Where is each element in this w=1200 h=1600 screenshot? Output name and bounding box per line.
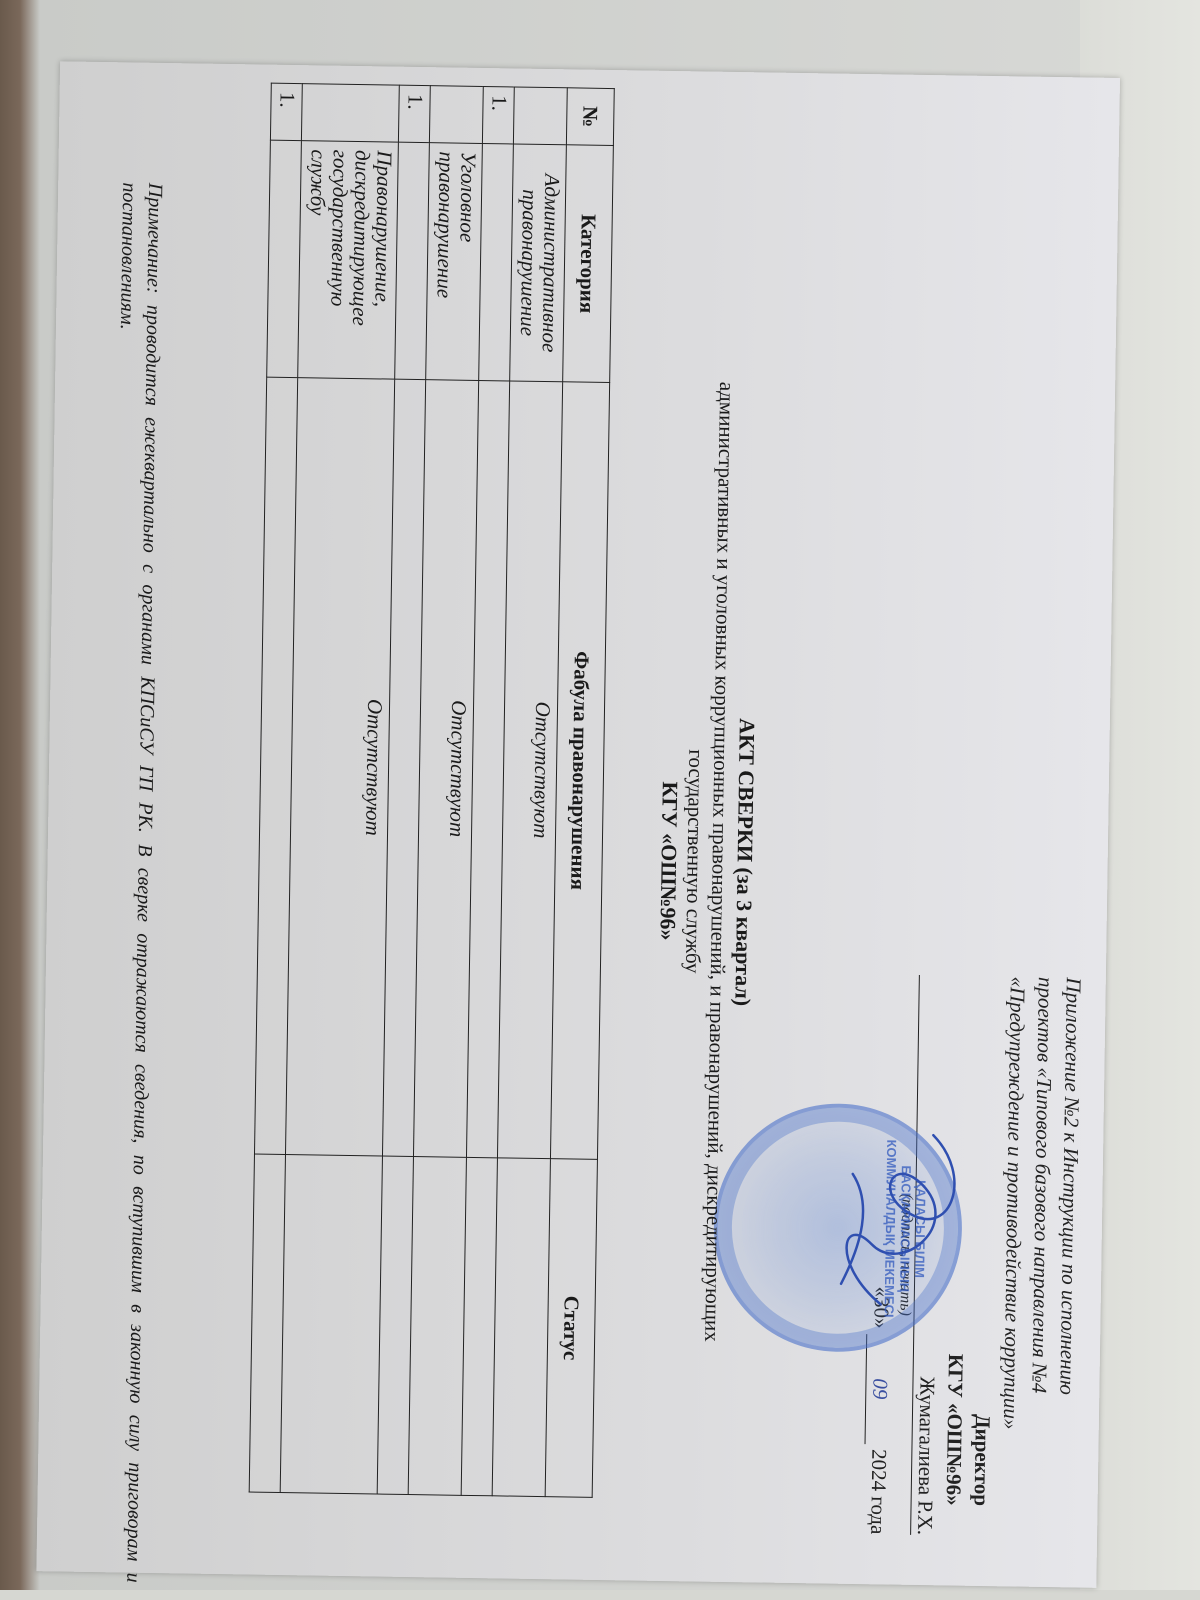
column-header-status: Статус — [545, 1159, 597, 1498]
row-number-cell: 1. — [270, 83, 302, 140]
status-cell — [492, 1158, 550, 1497]
table-cell — [461, 1157, 497, 1495]
approval-block: Приложение №2 к Инструкции по исполнению… — [863, 974, 1088, 1537]
date-month: 09 — [865, 1334, 896, 1444]
date-day: «30» — [867, 1286, 896, 1328]
table-cell — [301, 84, 399, 143]
column-header-category: Категория — [563, 145, 614, 383]
table-cell — [249, 1154, 285, 1492]
status-cell — [280, 1155, 382, 1494]
category-cell: Правонарушение, дискредитирующее государ… — [298, 141, 399, 379]
table-cell — [267, 140, 302, 377]
table-cell — [513, 87, 567, 145]
table-cell — [429, 86, 483, 144]
status-cell — [408, 1157, 466, 1496]
category-cell: Административное правонарушение — [510, 144, 567, 382]
document-header: АКТ СВЕРКИ (за 3 квартал) административн… — [644, 151, 768, 1572]
date-year: 2024 года — [864, 1449, 893, 1535]
row-number-cell: 1. — [482, 87, 514, 144]
table-cell — [395, 142, 430, 379]
column-header-number: № — [566, 88, 614, 146]
fabula-cell: Отсутствуют — [285, 378, 394, 1156]
document-sheet: Приложение №2 к Инструкции по исполнению… — [36, 61, 1120, 1587]
reconciliation-table: № Категория Фабула правонарушения Статус… — [249, 83, 615, 1498]
document-note: Примечание: проводится ежеквартально с о… — [94, 182, 168, 1583]
category-cell: Уголовное правонарушение — [426, 143, 483, 381]
table-cell — [479, 143, 514, 380]
table-cell — [377, 1156, 413, 1494]
background-surface-bottom — [0, 1590, 1200, 1600]
row-number-cell: 1. — [398, 85, 430, 142]
